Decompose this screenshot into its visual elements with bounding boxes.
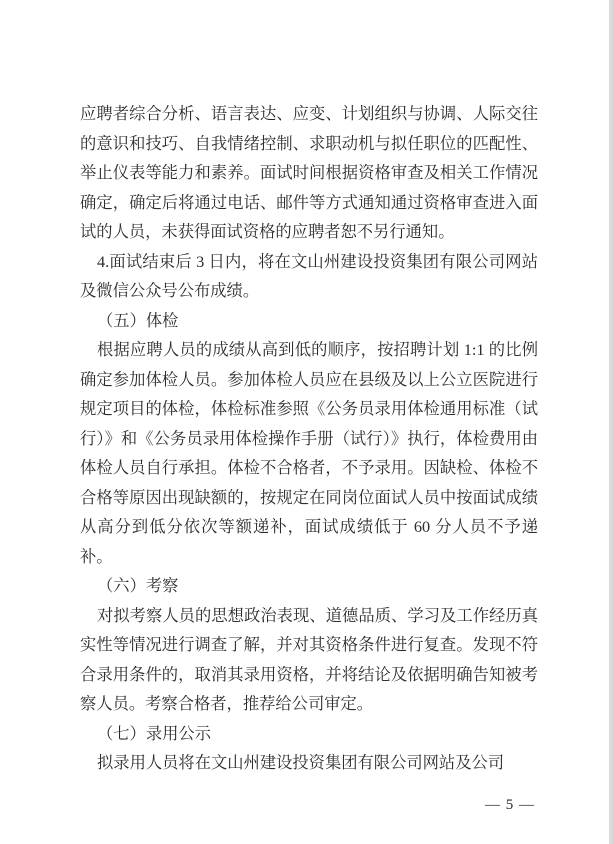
paragraph: 应聘者综合分析、语言表达、应变、计划组织与协调、人际交往的意识和技巧、自我情绪控… <box>80 99 538 247</box>
section-heading: （六）考察 <box>80 571 538 601</box>
paragraph: 根据应聘人员的成绩从高到低的顺序，按招聘计划 1:1 的比例确定参加体检人员。参… <box>80 335 538 571</box>
paragraph: 4.面试结束后 3 日内，将在文山州建设投资集团有限公司网站及微信公众号公布成绩… <box>80 247 538 306</box>
page-number: — 5 — <box>485 794 535 816</box>
right-edge-border <box>609 0 613 844</box>
document-page: 应聘者综合分析、语言表达、应变、计划组织与协调、人际交往的意识和技巧、自我情绪控… <box>0 0 613 844</box>
paragraph: 拟录用人员将在文山州建设投资集团有限公司网站及公司 <box>80 748 538 778</box>
document-body: 应聘者综合分析、语言表达、应变、计划组织与协调、人际交往的意识和技巧、自我情绪控… <box>80 99 538 778</box>
section-heading: （五）体检 <box>80 306 538 336</box>
section-heading: （七）录用公示 <box>80 719 538 749</box>
paragraph: 对拟考察人员的思想政治表现、道德品质、学习及工作经历真实性等情况进行调查了解，并… <box>80 601 538 719</box>
